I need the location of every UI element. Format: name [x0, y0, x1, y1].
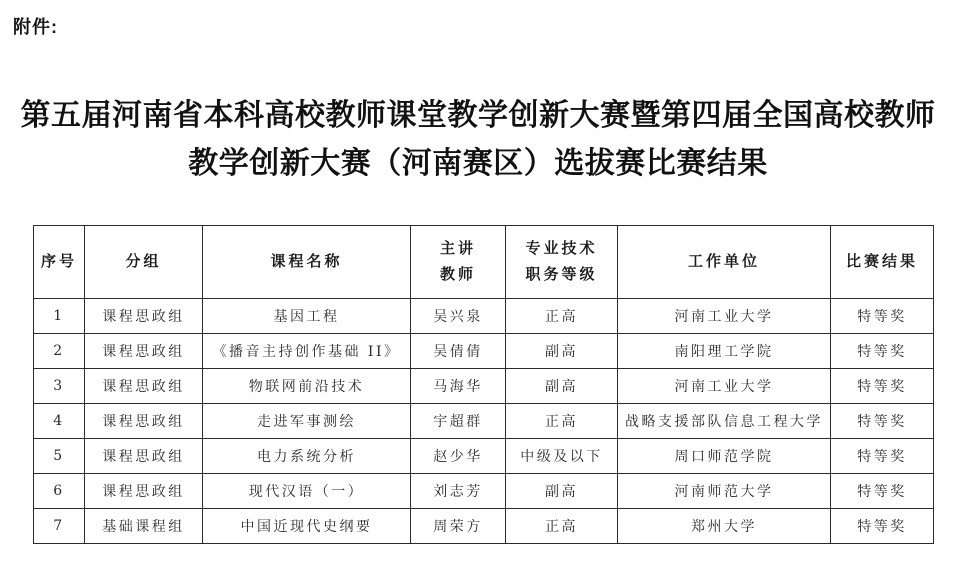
table-row: 3课程思政组物联网前沿技术马海华副高河南工业大学特等奖 [34, 369, 934, 404]
table-cell: 7 [34, 509, 85, 544]
column-header-1: 分组 [85, 226, 203, 299]
table-cell: 河南师范大学 [618, 474, 831, 509]
table-cell: 副高 [506, 369, 618, 404]
table-cell: 课程思政组 [85, 369, 203, 404]
table-cell: 4 [34, 404, 85, 439]
table-cell: 课程思政组 [85, 439, 203, 474]
table-cell: 2 [34, 334, 85, 369]
page-title: 第五届河南省本科高校教师课堂教学创新大赛暨第四届全国高校教师教学创新大赛（河南赛… [12, 92, 944, 188]
table-row: 7基础课程组中国近现代史纲要周荣方正高郑州大学特等奖 [34, 509, 934, 544]
table-cell: 战略支援部队信息工程大学 [618, 404, 831, 439]
table-cell: 马海华 [411, 369, 506, 404]
table-cell: 3 [34, 369, 85, 404]
table-cell: 现代汉语（一） [203, 474, 411, 509]
column-header-5: 工作单位 [618, 226, 831, 299]
column-header-3: 主讲 教师 [411, 226, 506, 299]
table-cell: 正高 [506, 299, 618, 334]
table-cell: 特等奖 [831, 439, 934, 474]
table-cell: 特等奖 [831, 509, 934, 544]
table-cell: 吴兴泉 [411, 299, 506, 334]
table-cell: 刘志芳 [411, 474, 506, 509]
table-cell: 物联网前沿技术 [203, 369, 411, 404]
table-row: 5课程思政组电力系统分析赵少华中级及以下周口师范学院特等奖 [34, 439, 934, 474]
table-cell: 周荣方 [411, 509, 506, 544]
table-cell: 副高 [506, 334, 618, 369]
table-cell: 课程思政组 [85, 334, 203, 369]
table-header-row: 序号分组课程名称主讲 教师专业技术 职务等级工作单位比赛结果 [34, 226, 934, 299]
table-cell: 周口师范学院 [618, 439, 831, 474]
results-table: 序号分组课程名称主讲 教师专业技术 职务等级工作单位比赛结果 1课程思政组基因工… [33, 225, 934, 544]
table-cell: 特等奖 [831, 299, 934, 334]
table-row: 1课程思政组基因工程吴兴泉正高河南工业大学特等奖 [34, 299, 934, 334]
table-cell: 6 [34, 474, 85, 509]
table-cell: 走进军事测绘 [203, 404, 411, 439]
table-cell: 电力系统分析 [203, 439, 411, 474]
table-cell: 中国近现代史纲要 [203, 509, 411, 544]
table-cell: 特等奖 [831, 404, 934, 439]
table-cell: 宇超群 [411, 404, 506, 439]
column-header-4: 专业技术 职务等级 [506, 226, 618, 299]
table-cell: 吴倩倩 [411, 334, 506, 369]
table-cell: 中级及以下 [506, 439, 618, 474]
table-cell: 特等奖 [831, 474, 934, 509]
table-cell: 特等奖 [831, 369, 934, 404]
table-cell: 正高 [506, 509, 618, 544]
table-cell: 副高 [506, 474, 618, 509]
table-cell: 1 [34, 299, 85, 334]
table-row: 6课程思政组现代汉语（一）刘志芳副高河南师范大学特等奖 [34, 474, 934, 509]
column-header-0: 序号 [34, 226, 85, 299]
column-header-6: 比赛结果 [831, 226, 934, 299]
table-cell: 特等奖 [831, 334, 934, 369]
table-cell: 5 [34, 439, 85, 474]
table-cell: 课程思政组 [85, 474, 203, 509]
table-cell: 郑州大学 [618, 509, 831, 544]
table-cell: 正高 [506, 404, 618, 439]
table-cell: 基因工程 [203, 299, 411, 334]
table-cell: 赵少华 [411, 439, 506, 474]
table-cell: 课程思政组 [85, 404, 203, 439]
column-header-2: 课程名称 [203, 226, 411, 299]
table-cell: 《播音主持创作基础 II》 [203, 334, 411, 369]
table-cell: 课程思政组 [85, 299, 203, 334]
table-cell: 南阳理工学院 [618, 334, 831, 369]
table-row: 2课程思政组《播音主持创作基础 II》吴倩倩副高南阳理工学院特等奖 [34, 334, 934, 369]
attachment-label: 附件: [13, 13, 58, 39]
table-cell: 基础课程组 [85, 509, 203, 544]
document-page: 附件: 第五届河南省本科高校教师课堂教学创新大赛暨第四届全国高校教师教学创新大赛… [0, 0, 956, 569]
table-cell: 河南工业大学 [618, 299, 831, 334]
table-row: 4课程思政组走进军事测绘宇超群正高战略支援部队信息工程大学特等奖 [34, 404, 934, 439]
table-cell: 河南工业大学 [618, 369, 831, 404]
